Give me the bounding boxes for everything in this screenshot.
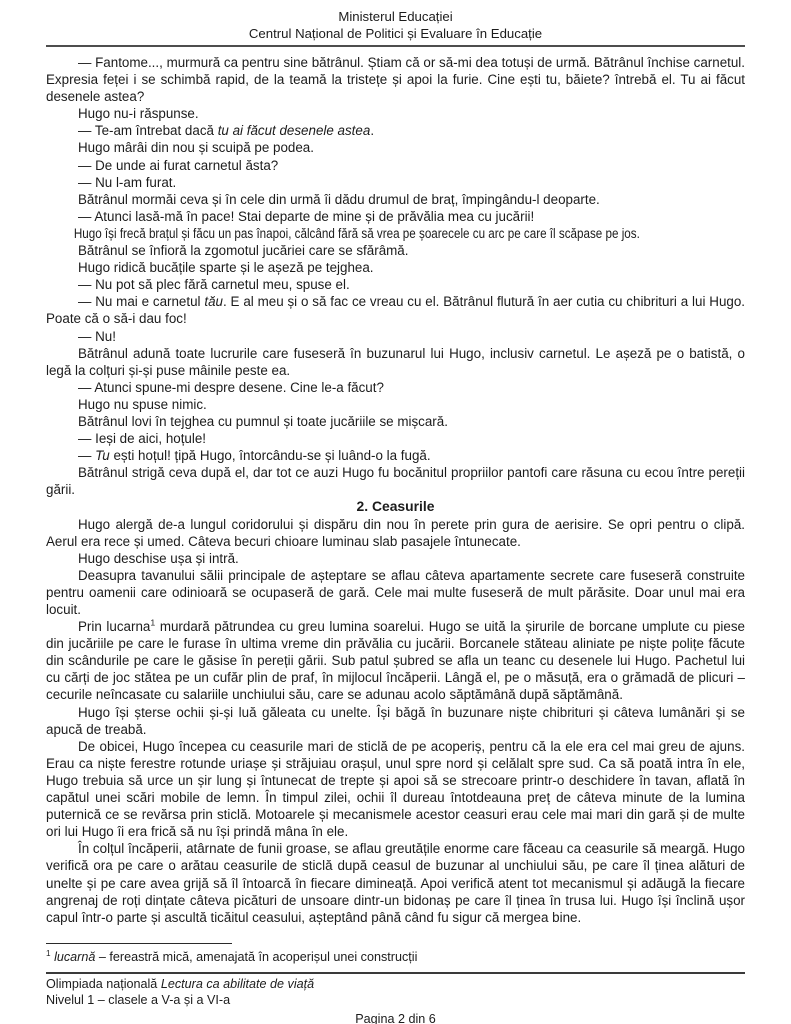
footer-olympiad-name: Lectura ca abilitate de viață [161,977,314,991]
text-segment: Bătrânul strigă ceva după el, dar tot ce… [46,465,745,497]
text-segment: – fereastră mică, amenajată în acoperișu… [95,950,417,964]
document-header: Ministerul Educației Centrul Național de… [46,9,745,42]
paragraph: — Ieși de aici, hoțule! [46,430,745,447]
section-heading: 2. Ceasurile [46,498,745,515]
text-segment: Hugo alergă de-a lungul coridorului și d… [46,517,745,549]
footer-olympiad-title: Olimpiada națională Lectura ca abilitate… [46,976,745,992]
paragraph: Bătrânul se înfioră la zgomotul jucăriei… [46,242,745,259]
text-segment: — Nu! [78,329,116,344]
text-segment: Hugo își frecă brațul și făcu un pas îna… [74,226,640,241]
paragraph: De obicei, Hugo începea cu ceasurile mar… [46,738,745,841]
text-segment: — Nu mai e carnetul [78,294,204,309]
text-segment: Bătrânul se înfioră la zgomotul jucăriei… [78,243,408,258]
footnote-definition: lucarnă – fereastră mică, amenajată în a… [54,950,417,964]
paragraph: Bătrânul lovi în tejghea cu pumnul și to… [46,413,745,430]
paragraph: — Fantome..., murmură ca pentru sine băt… [46,54,745,105]
text-segment: — De unde ai furat carnetul ăsta? [78,158,278,173]
document-body: — Fantome..., murmură ca pentru sine băt… [46,54,745,926]
text-segment: Bătrânul lovi în tejghea cu pumnul și to… [78,414,448,429]
text-segment: Bătrânul adună toate lucrurile care fuse… [46,346,745,378]
paragraph: Prin lucarna1 murdară pătrundea cu greu … [46,618,745,703]
paragraph: — Tu ești hoțul! țipă Hugo, întorcându-s… [46,447,745,464]
paragraph: Hugo deschise ușa și intră. [46,550,745,567]
paragraph: Bătrânul strigă ceva după el, dar tot ce… [46,464,745,498]
paragraph: Hugo alergă de-a lungul coridorului și d… [46,516,745,550]
text-segment: tău [204,294,223,309]
text-segment: Deasupra tavanului sălii principale de a… [46,568,745,617]
header-center-name: Centrul Național de Politici și Evaluare… [46,26,745,43]
text-segment: De obicei, Hugo începea cu ceasurile mar… [46,739,745,839]
header-divider [46,45,745,47]
text-segment: lucarnă [54,950,95,964]
page-bottom-zone: 1 lucarnă – fereastră mică, amenajată în… [46,943,745,1024]
text-segment: 2. Ceasurile [357,498,435,514]
text-segment: Hugo nu spuse nimic. [78,397,207,412]
text-segment: tu ai făcut desenele astea [218,123,371,138]
text-segment: — Ieși de aici, hoțule! [78,431,206,446]
page-number: Pagina 2 din 6 [46,1011,745,1024]
text-segment: — Te-am întrebat dacă [78,123,218,138]
text-segment: ești hoțul! țipă Hugo, întorcându-se și … [110,448,431,463]
paragraph: Hugo nu spuse nimic. [46,396,745,413]
paragraph: Hugo ridică bucățile sparte și le așeză … [46,259,745,276]
text-segment: — Nu l-am furat. [78,175,176,190]
text-segment: Tu [95,448,110,463]
paragraph: Deasupra tavanului sălii principale de a… [46,567,745,618]
text-segment: — Fantome..., murmură ca pentru sine băt… [46,55,745,104]
text-segment: Hugo își șterse ochii și-și luă găleata … [46,705,745,737]
paragraph: — Nu! [46,328,745,345]
text-segment: — Atunci lasă-mă în pace! Stai departe d… [78,209,534,224]
footer-level: Nivelul 1 – clasele a V-a și a VI-a [46,992,745,1008]
document-footer: Olimpiada națională Lectura ca abilitate… [46,976,745,1024]
text-segment: Bătrânul mormăi ceva și în cele din urmă… [78,192,600,207]
header-ministry: Ministerul Educației [46,9,745,26]
document-page: Ministerul Educației Centrul Național de… [0,0,791,1024]
paragraph: Bătrânul mormăi ceva și în cele din urmă… [46,191,745,208]
text-segment: În colțul încăperii, atârnate de funii g… [46,841,745,924]
paragraph: Hugo mârâi din nou și scuipă pe podea. [46,139,745,156]
paragraph: — Nu mai e carnetul tău. E al meu și o s… [46,293,745,327]
paragraph: — Te-am întrebat dacă tu ai făcut desene… [46,122,745,139]
text-segment: — [78,448,95,463]
paragraph: — Atunci spune-mi despre desene. Cine le… [46,379,745,396]
text-segment: murdară pătrundea cu greu lumina soarelu… [46,619,745,702]
paragraph: — Nu pot să plec fără carnetul meu, spus… [46,276,745,293]
text-segment: Hugo deschise ușa și intră. [78,551,239,566]
paragraph: Bătrânul adună toate lucrurile care fuse… [46,345,745,379]
text-segment: Prin lucarna [78,619,150,634]
text-segment: — Nu pot să plec fără carnetul meu, spus… [78,277,350,292]
footnote-divider [46,943,232,944]
paragraph: Hugo își șterse ochii și-și luă găleata … [46,704,745,738]
text-segment: Hugo ridică bucățile sparte și le așeză … [78,260,374,275]
paragraph: Hugo își frecă brațul și făcu un pas îna… [46,225,745,242]
paragraph: În colțul încăperii, atârnate de funii g… [46,840,745,925]
paragraph: — Nu l-am furat. [46,174,745,191]
paragraph: — Atunci lasă-mă în pace! Stai departe d… [46,208,745,225]
text-segment: . [370,123,374,138]
text-segment: Hugo nu-i răspunse. [78,106,199,121]
text-segment: — Atunci spune-mi despre desene. Cine le… [78,380,384,395]
paragraph: Hugo nu-i răspunse. [46,105,745,122]
footnote-marker: 1 [46,949,51,958]
footer-divider [46,972,745,974]
paragraph: — De unde ai furat carnetul ăsta? [46,157,745,174]
footnote: 1 lucarnă – fereastră mică, amenajată în… [46,949,745,965]
footer-olympiad-prefix: Olimpiada națională [46,977,161,991]
text-segment: Hugo mârâi din nou și scuipă pe podea. [78,140,314,155]
